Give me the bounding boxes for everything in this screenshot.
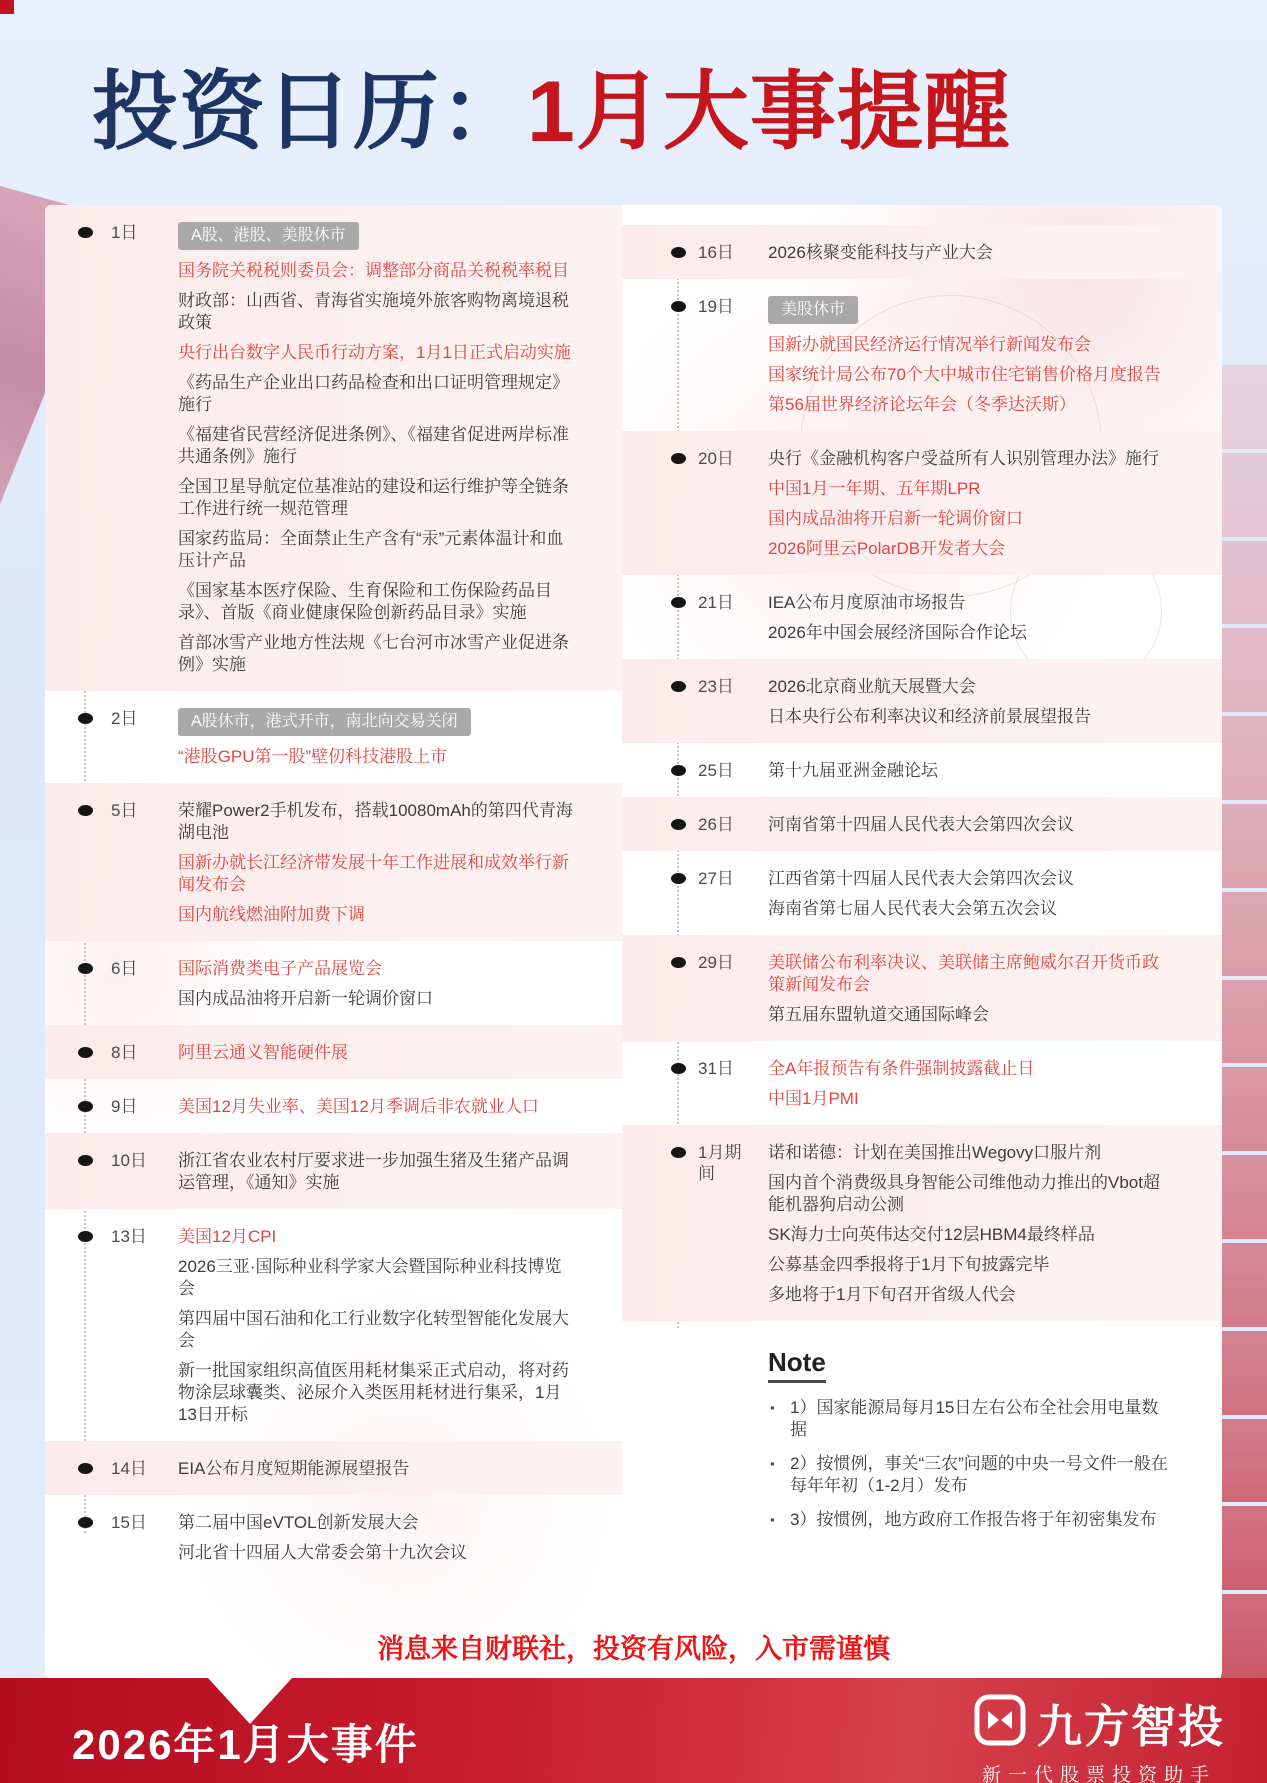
strip-block-decoration (1221, 453, 1267, 537)
timeline-dot-icon (78, 1463, 93, 1474)
timeline-dot-icon (671, 681, 686, 692)
entry-date: 31日 (698, 1058, 756, 1079)
entry-date: 27日 (698, 868, 756, 889)
event-item: 国新办就国民经济运行情况举行新闻发布会 (768, 334, 1170, 356)
entry-items: 阿里云通义智能硬件展 (178, 1042, 578, 1064)
timeline-dot-icon (671, 301, 686, 312)
event-item: 2026阿里云PolarDB开发者大会 (768, 538, 1170, 560)
event-item: 第十九届亚洲金融论坛 (768, 760, 1170, 782)
calendar-entry: 23日2026北京商业航天展暨大会日本央行公布利率决议和经济前景展望报告 (622, 659, 1222, 743)
calendar-entry: 8日阿里云通义智能硬件展 (45, 1025, 622, 1079)
event-item: 国内成品油将开启新一轮调价窗口 (178, 988, 578, 1010)
calendar-entry: 15日第二届中国eVTOL创新发展大会河北省十四届人大常委会第十九次会议 (45, 1495, 622, 1579)
strip-block-decoration (1221, 541, 1267, 625)
entry-items: IEA公布月度原油市场报告2026年中国会展经济国际合作论坛 (768, 592, 1170, 644)
calendar-entry: 1月期间诺和诺德：计划在美国推出Wegovy口服片剂国内首个消费级具身智能公司维… (622, 1125, 1222, 1321)
strip-block-decoration (1221, 1419, 1267, 1503)
timeline-dot-icon (671, 765, 686, 776)
event-item: 浙江省农业农村厅要求进一步加强生猪及生猪产品调运管理，《通知》实施 (178, 1150, 578, 1194)
event-item: 阿里云通义智能硬件展 (178, 1042, 578, 1064)
strip-block-decoration (1221, 365, 1267, 449)
timeline-dot-icon (671, 957, 686, 968)
event-item: 首部冰雪产业地方性法规《七台河市冰雪产业促进条例》实施 (178, 632, 578, 676)
page-title: 投资日历：1月大事提醒 (92, 42, 1011, 166)
event-item: “港股GPU第一股”壁仞科技港股上市 (178, 746, 578, 768)
calendar-entry: 16日2026核聚变能科技与产业大会 (622, 225, 1222, 279)
right-edge-decoration (1221, 365, 1267, 1678)
event-item: IEA公布月度原油市场报告 (768, 592, 1170, 614)
market-status-badge: A股休市，港式开市，南北向交易关闭 (178, 708, 471, 736)
entry-date: 6日 (111, 958, 169, 979)
calendar-entry: 2日A股休市，港式开市，南北向交易关闭“港股GPU第一股”壁仞科技港股上市 (45, 691, 622, 783)
note-item: 2）按惯例，事关“三农”问题的中央一号文件一般在每年年初（1-2月）发布 (768, 1453, 1170, 1497)
strip-block-decoration (1221, 1331, 1267, 1415)
timeline-dot-icon (671, 1063, 686, 1074)
note-heading: Note (768, 1347, 826, 1383)
entry-items: 2026北京商业航天展暨大会日本央行公布利率决议和经济前景展望报告 (768, 676, 1170, 728)
brand-block: 九方智投 新一代股票投资助手 (973, 1690, 1225, 1783)
entry-items: 美国12月CPI2026三亚·国际种业科学家大会暨国际种业科技博览会第四届中国石… (178, 1226, 578, 1426)
event-item: 2026核聚变能科技与产业大会 (768, 242, 1170, 264)
note-item: 3）按惯例，地方政府工作报告将于年初密集发布 (768, 1509, 1170, 1531)
event-item: 国新办就长江经济带发展十年工作进展和成效举行新闻发布会 (178, 852, 578, 896)
page-title-highlight: 1月大事提醒 (527, 64, 1011, 160)
event-item: 2026北京商业航天展暨大会 (768, 676, 1170, 698)
brand-tagline: 新一代股票投资助手 (973, 1760, 1225, 1783)
event-item: 国家药监局：全面禁止生产含有“汞”元素体温计和血压计产品 (178, 528, 578, 572)
event-item: 第56届世界经济论坛年会（冬季达沃斯） (768, 394, 1170, 416)
entry-items: 国际消费类电子产品展览会国内成品油将开启新一轮调价窗口 (178, 958, 578, 1010)
jiufang-logo-icon (973, 1693, 1027, 1752)
entry-date: 10日 (111, 1150, 169, 1171)
entry-date: 14日 (111, 1458, 169, 1479)
event-item: 荣耀Power2手机发布，搭载10080mAh的第四代青海湖电池 (178, 800, 578, 844)
event-item: 国内成品油将开启新一轮调价窗口 (768, 508, 1170, 530)
entry-date: 21日 (698, 592, 756, 613)
entry-items: 浙江省农业农村厅要求进一步加强生猪及生猪产品调运管理，《通知》实施 (178, 1150, 578, 1194)
entry-date: 19日 (698, 296, 756, 317)
event-item: 日本央行公布利率决议和经济前景展望报告 (768, 706, 1170, 728)
timeline-dot-icon (671, 873, 686, 884)
calendar-entry: 21日IEA公布月度原油市场报告2026年中国会展经济国际合作论坛 (622, 575, 1222, 659)
event-item: EIA公布月度短期能源展望报告 (178, 1458, 578, 1480)
note-item: 1）国家能源局每月15日左右公布全社会用电量数据 (768, 1397, 1170, 1441)
page-title-prefix: 投资日历： (92, 64, 527, 160)
event-item: 国家统计局公布70个大中城市住宅销售价格月度报告 (768, 364, 1170, 386)
event-item: 中国1月一年期、五年期LPR (768, 478, 1170, 500)
entry-items: 江西省第十四届人民代表大会第四次会议海南省第七届人民代表大会第五次会议 (768, 868, 1170, 920)
timeline-dot-icon (78, 805, 93, 816)
entry-items: 诺和诺德：计划在美国推出Wegovy口服片剂国内首个消费级具身智能公司维他动力推… (768, 1142, 1170, 1306)
entry-date: 2日 (111, 708, 169, 729)
event-item: 央行《金融机构客户受益所有人识别管理办法》施行 (768, 448, 1170, 470)
strip-block-decoration (1221, 804, 1267, 888)
event-item: 国内航线燃油附加费下调 (178, 904, 578, 926)
entry-items: 美股休市国新办就国民经济运行情况举行新闻发布会国家统计局公布70个大中城市住宅销… (768, 296, 1170, 416)
event-item: 新一批国家组织高值医用耗材集采正式启动，将对药物涂层球囊类、泌尿介入类医用耗材进… (178, 1360, 578, 1426)
timeline-dot-icon (78, 1517, 93, 1528)
timeline-dot-icon (78, 1155, 93, 1166)
entry-items: A股、港股、美股休市国务院关税税则委员会：调整部分商品关税税率税目财政部：山西省… (178, 222, 578, 676)
timeline-dot-icon (78, 1231, 93, 1242)
timeline-dot-icon (78, 1101, 93, 1112)
corner-decoration (0, 0, 14, 14)
strip-block-decoration (1221, 1243, 1267, 1327)
calendar-entry: 14日EIA公布月度短期能源展望报告 (45, 1441, 622, 1495)
entry-items: 荣耀Power2手机发布，搭载10080mAh的第四代青海湖电池国新办就长江经济… (178, 800, 578, 926)
event-item: 2026三亚·国际种业科学家大会暨国际种业科技博览会 (178, 1256, 578, 1300)
event-item: 国内首个消费级具身智能公司维他动力推出的Vbot超能机器狗启动公测 (768, 1172, 1170, 1216)
entry-items: 美联储公布利率决议、美联储主席鲍威尔召开货币政策新闻发布会第五届东盟轨道交通国际… (768, 952, 1170, 1026)
brand-name: 九方智投 (1037, 1690, 1225, 1755)
event-item: 河北省十四届人大常委会第十九次会议 (178, 1542, 578, 1564)
timeline-dot-icon (78, 1047, 93, 1058)
entry-items: 2026核聚变能科技与产业大会 (768, 242, 1170, 264)
event-item: 《药品生产企业出口药品检查和出口证明管理规定》施行 (178, 372, 578, 416)
entry-items: 美国12月失业率、美国12月季调后非农就业人口 (178, 1096, 578, 1118)
entry-items: 央行《金融机构客户受益所有人识别管理办法》施行中国1月一年期、五年期LPR国内成… (768, 448, 1170, 560)
entry-items: 第十九届亚洲金融论坛 (768, 760, 1170, 782)
timeline-dot-icon (671, 247, 686, 258)
timeline-dot-icon (671, 1147, 686, 1158)
timeline-column-left: 1日A股、港股、美股休市国务院关税税则委员会：调整部分商品关税税率税目财政部：山… (45, 205, 622, 1579)
event-item: 国务院关税税则委员会：调整部分商品关税税率税目 (178, 260, 578, 282)
entry-date: 9日 (111, 1096, 169, 1117)
entry-date: 8日 (111, 1042, 169, 1063)
entry-date: 20日 (698, 448, 756, 469)
event-item: 财政部：山西省、青海省实施境外旅客购物离境退税政策 (178, 290, 578, 334)
calendar-entry: 27日江西省第十四届人民代表大会第四次会议海南省第七届人民代表大会第五次会议 (622, 851, 1222, 935)
event-item: 河南省第十四届人民代表大会第四次会议 (768, 814, 1170, 836)
calendar-entry: 5日荣耀Power2手机发布，搭载10080mAh的第四代青海湖电池国新办就长江… (45, 783, 622, 941)
strip-block-decoration (1221, 1506, 1267, 1590)
event-item: 公募基金四季报将于1月下旬披露完毕 (768, 1254, 1170, 1276)
entry-items: EIA公布月度短期能源展望报告 (178, 1458, 578, 1480)
strip-block-decoration (1221, 892, 1267, 976)
entry-items: A股休市，港式开市，南北向交易关闭“港股GPU第一股”壁仞科技港股上市 (178, 708, 578, 768)
timeline-dot-icon (78, 227, 93, 238)
calendar-entry: 10日浙江省农业农村厅要求进一步加强生猪及生猪产品调运管理，《通知》实施 (45, 1133, 622, 1209)
calendar-entry: 13日美国12月CPI2026三亚·国际种业科学家大会暨国际种业科技博览会第四届… (45, 1209, 622, 1441)
event-item: 第四届中国石油和化工行业数字化转型智能化发展大会 (178, 1308, 578, 1352)
timeline-dot-icon (671, 819, 686, 830)
entry-date: 1月期间 (698, 1142, 756, 1184)
event-item: 海南省第七届人民代表大会第五次会议 (768, 898, 1170, 920)
calendar-entry: 19日美股休市国新办就国民经济运行情况举行新闻发布会国家统计局公布70个大中城市… (622, 279, 1222, 431)
entry-date: 29日 (698, 952, 756, 973)
entry-date: 16日 (698, 242, 756, 263)
event-item: 第二届中国eVTOL创新发展大会 (178, 1512, 578, 1534)
calendar-entry: 6日国际消费类电子产品展览会国内成品油将开启新一轮调价窗口 (45, 941, 622, 1025)
event-item: 第五届东盟轨道交通国际峰会 (768, 1004, 1170, 1026)
event-item: SK海力士向英伟达交付12层HBM4最终样品 (768, 1224, 1170, 1246)
entry-date: 25日 (698, 760, 756, 781)
calendar-entry: 29日美联储公布利率决议、美联储主席鲍威尔召开货币政策新闻发布会第五届东盟轨道交… (622, 935, 1222, 1041)
entry-items: 第二届中国eVTOL创新发展大会河北省十四届人大常委会第十九次会议 (178, 1512, 578, 1564)
timeline-column-right: 16日2026核聚变能科技与产业大会19日美股休市国新办就国民经济运行情况举行新… (622, 205, 1222, 1543)
event-item: 江西省第十四届人民代表大会第四次会议 (768, 868, 1170, 890)
strip-block-decoration (1221, 980, 1267, 1064)
event-item: 美联储公布利率决议、美联储主席鲍威尔召开货币政策新闻发布会 (768, 952, 1170, 996)
event-item: 全国卫星导航定位基准站的建设和运行维护等全链条工作进行统一规范管理 (178, 476, 578, 520)
market-status-badge: A股、港股、美股休市 (178, 222, 359, 250)
footer-banner: 2026年1月大事件 九方智投 新一代股票投资助手 (0, 1678, 1267, 1783)
calendar-card: 1日A股、港股、美股休市国务院关税税则委员会：调整部分商品关税税率税目财政部：山… (45, 205, 1222, 1678)
entry-date: 5日 (111, 800, 169, 821)
timeline-dot-icon (671, 453, 686, 464)
event-item: 美国12月CPI (178, 1226, 578, 1248)
strip-block-decoration (1221, 1067, 1267, 1151)
timeline-dot-icon (78, 713, 93, 724)
entry-date: 13日 (111, 1226, 169, 1247)
entry-date: 23日 (698, 676, 756, 697)
market-status-badge: 美股休市 (768, 296, 858, 324)
strip-block-decoration (1221, 1155, 1267, 1239)
event-item: 多地将于1月下旬召开省级人代会 (768, 1284, 1170, 1306)
event-item: 美国12月失业率、美国12月季调后非农就业人口 (178, 1096, 578, 1118)
calendar-entry: 1日A股、港股、美股休市国务院关税税则委员会：调整部分商品关税税率税目财政部：山… (45, 205, 622, 691)
strip-block-decoration (1221, 1594, 1267, 1678)
event-item: 央行出台数字人民币行动方案，1月1日正式启动实施 (178, 342, 578, 364)
disclaimer-text: 消息来自财联社，投资有风险，入市需谨慎 (45, 1627, 1222, 1666)
calendar-entry: 20日央行《金融机构客户受益所有人识别管理办法》施行中国1月一年期、五年期LPR… (622, 431, 1222, 575)
entry-items: 河南省第十四届人民代表大会第四次会议 (768, 814, 1170, 836)
event-item: 国际消费类电子产品展览会 (178, 958, 578, 980)
event-item: 2026年中国会展经济国际合作论坛 (768, 622, 1170, 644)
calendar-entry: 9日美国12月失业率、美国12月季调后非农就业人口 (45, 1079, 622, 1133)
event-item: 《国家基本医疗保险、生育保险和工伤保险药品目录》、首版《商业健康保险创新药品目录… (178, 580, 578, 624)
event-item: 诺和诺德：计划在美国推出Wegovy口服片剂 (768, 1142, 1170, 1164)
event-item: 中国1月PMI (768, 1088, 1170, 1110)
footer-title: 2026年1月大事件 (72, 1712, 419, 1772)
event-item: 全A年报预告有条件强制披露截止日 (768, 1058, 1170, 1080)
entry-date: 15日 (111, 1512, 169, 1533)
calendar-entry: 26日河南省第十四届人民代表大会第四次会议 (622, 797, 1222, 851)
investment-calendar-poster: 投资日历：1月大事提醒 1日A股、港股、美股休市国务院关税税则委员会：调整部分商… (0, 0, 1267, 1783)
timeline-dot-icon (671, 597, 686, 608)
strip-block-decoration (1221, 716, 1267, 800)
calendar-entry: 25日第十九届亚洲金融论坛 (622, 743, 1222, 797)
note-section: Note 1）国家能源局每月15日左右公布全社会用电量数据2）按惯例，事关“三农… (768, 1347, 1170, 1531)
event-item: 《福建省民营经济促进条例》、《福建省促进两岸标准共通条例》施行 (178, 424, 578, 468)
timeline-dot-icon (78, 963, 93, 974)
entry-date: 26日 (698, 814, 756, 835)
calendar-entry: 31日全A年报预告有条件强制披露截止日中国1月PMI (622, 1041, 1222, 1125)
entry-date: 1日 (111, 222, 169, 243)
strip-block-decoration (1221, 628, 1267, 712)
entry-items: 全A年报预告有条件强制披露截止日中国1月PMI (768, 1058, 1170, 1110)
